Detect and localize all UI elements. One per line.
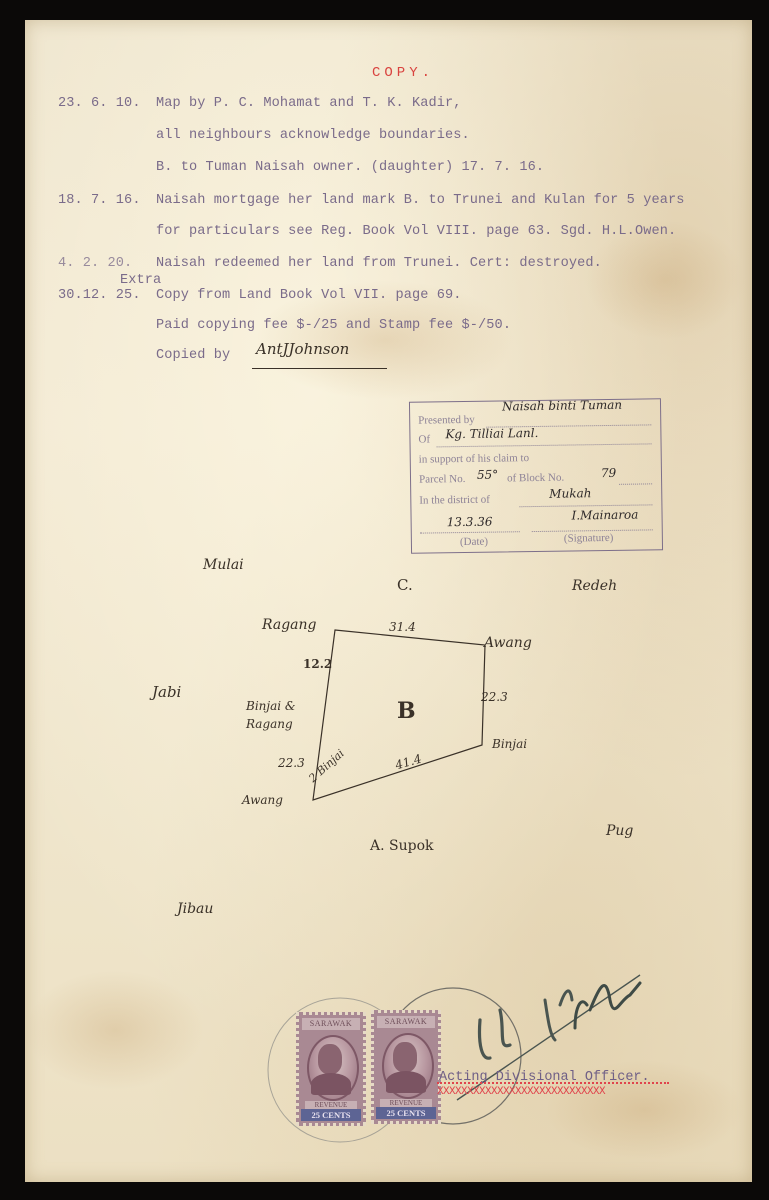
stamp-country: SARAWAK — [377, 1016, 435, 1028]
red-dotted-line — [437, 1082, 669, 1084]
stamp-country: SARAWAK — [302, 1018, 360, 1030]
stamp-value: 25 CENTS — [376, 1107, 436, 1119]
revenue-stamp: SARAWAK REVENUE 25 CENTS — [371, 1010, 441, 1124]
portrait-bust — [386, 1071, 426, 1093]
strike-line: XXXXXXXXXXXXXXXXXXXXXXXXXXXX — [437, 1086, 605, 1098]
portrait-bust — [311, 1073, 351, 1095]
revenue-stamp: SARAWAK REVENUE 25 CENTS — [296, 1012, 366, 1126]
stamp-value: 25 CENTS — [301, 1109, 361, 1121]
portrait-icon — [393, 1042, 417, 1072]
portrait-icon — [318, 1044, 342, 1074]
